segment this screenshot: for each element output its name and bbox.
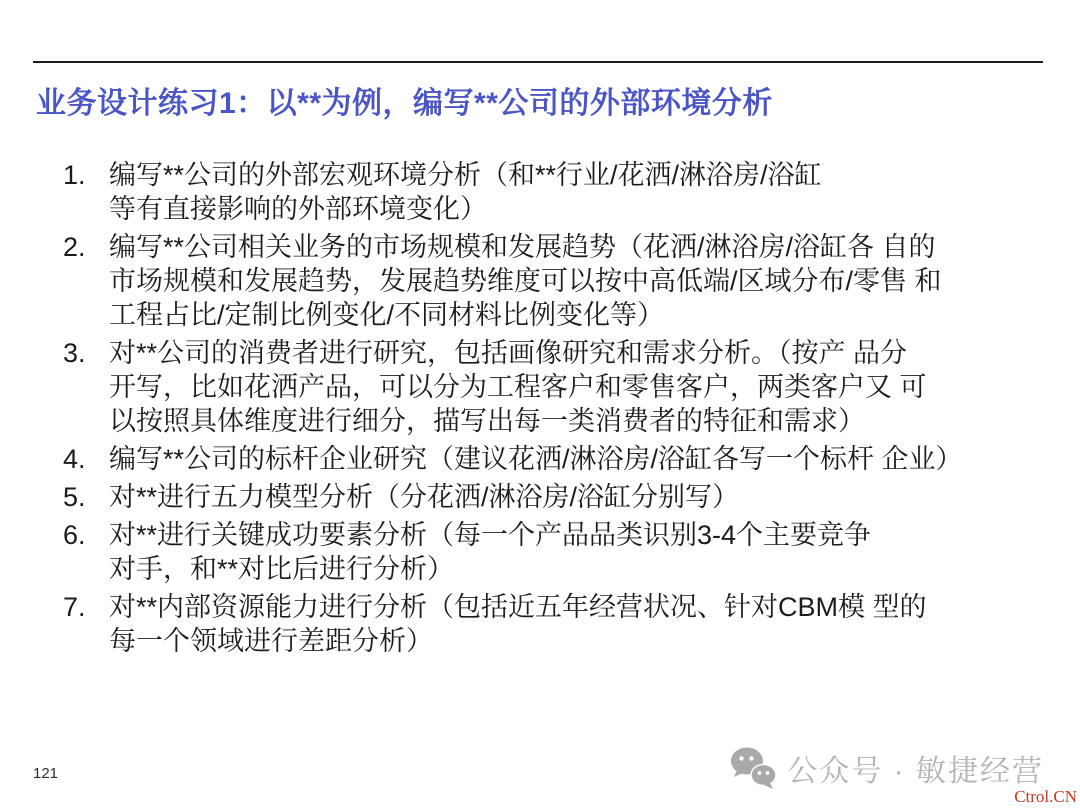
list-item-line: 对**内部资源能力进行分析（包括近五年经营状况、针对CBM模 型的 bbox=[109, 590, 993, 624]
list-item: 3.对**公司的消费者进行研究，包括画像研究和需求分析。（按产 品分开写，比如花… bbox=[63, 336, 993, 438]
page-number: 121 bbox=[33, 765, 58, 782]
watermark-text: Ctrol.CN bbox=[1014, 787, 1077, 807]
list-item-number: 1. bbox=[63, 158, 109, 226]
list-item-number: 3. bbox=[63, 336, 109, 438]
list-item-number: 6. bbox=[63, 518, 109, 586]
list-item-line: 等有直接影响的外部环境变化） bbox=[109, 192, 993, 226]
title-divider-rule bbox=[33, 61, 1043, 63]
list-item-line: 对手，和**对比后进行分析） bbox=[109, 552, 993, 586]
list-item: 4.编写**公司的标杆企业研究（建议花洒/淋浴房/浴缸各写一个标杆 企业） bbox=[63, 442, 993, 476]
list-item-line: 市场规模和发展趋势，发展趋势维度可以按中高低端/区域分布/零售 和 bbox=[109, 264, 993, 298]
list-item-line: 工程占比/定制比例变化/不同材料比例变化等） bbox=[109, 298, 993, 332]
list-item-number: 7. bbox=[63, 590, 109, 658]
list-item: 6.对**进行关键成功要素分析（每一个产品品类识别3-4个主要竞争对手，和**对… bbox=[63, 518, 993, 586]
slide: 业务设计练习1：以**为例，编写**公司的外部环境分析 1.编写**公司的外部宏… bbox=[0, 0, 1080, 810]
list-item-line: 以按照具体维度进行细分，描写出每一类消费者的特征和需求） bbox=[109, 404, 993, 438]
list-item-text: 编写**公司的外部宏观环境分析（和**行业/花洒/淋浴房/浴缸等有直接影响的外部… bbox=[109, 158, 993, 226]
list-item-text: 对**进行五力模型分析（分花洒/淋浴房/浴缸分别写） bbox=[109, 480, 993, 514]
list-item-line: 开写，比如花洒产品，可以分为工程客户和零售客户，两类客户又 可 bbox=[109, 370, 993, 404]
list-item-number: 5. bbox=[63, 480, 109, 514]
list-item-number: 2. bbox=[63, 230, 109, 332]
list-item-line: 编写**公司的标杆企业研究（建议花洒/淋浴房/浴缸各写一个标杆 企业） bbox=[109, 442, 993, 476]
list-item: 2.编写**公司相关业务的市场规模和发展趋势（花洒/淋浴房/浴缸各 自的市场规模… bbox=[63, 230, 993, 332]
list-item-line: 每一个领域进行差距分析） bbox=[109, 624, 993, 658]
list-item-line: 对**公司的消费者进行研究，包括画像研究和需求分析。（按产 品分 bbox=[109, 336, 993, 370]
page-title: 业务设计练习1：以**为例，编写**公司的外部环境分析 bbox=[36, 78, 1036, 122]
list-item: 7.对**内部资源能力进行分析（包括近五年经营状况、针对CBM模 型的每一个领域… bbox=[63, 590, 993, 658]
list-item-number: 4. bbox=[63, 442, 109, 476]
list-item: 1.编写**公司的外部宏观环境分析（和**行业/花洒/淋浴房/浴缸等有直接影响的… bbox=[63, 158, 993, 226]
wechat-account-label: 公众号 · 敏捷经营 bbox=[787, 746, 1044, 790]
list-item-text: 编写**公司相关业务的市场规模和发展趋势（花洒/淋浴房/浴缸各 自的市场规模和发… bbox=[109, 230, 993, 332]
list-item: 5.对**进行五力模型分析（分花洒/淋浴房/浴缸分别写） bbox=[63, 480, 993, 514]
exercise-list: 1.编写**公司的外部宏观环境分析（和**行业/花洒/淋浴房/浴缸等有直接影响的… bbox=[63, 158, 993, 662]
list-item-line: 编写**公司相关业务的市场规模和发展趋势（花洒/淋浴房/浴缸各 自的 bbox=[109, 230, 993, 264]
list-item-text: 对**公司的消费者进行研究，包括画像研究和需求分析。（按产 品分开写，比如花洒产… bbox=[109, 336, 993, 438]
list-item-line: 编写**公司的外部宏观环境分析（和**行业/花洒/淋浴房/浴缸 bbox=[109, 158, 993, 192]
list-item-text: 编写**公司的标杆企业研究（建议花洒/淋浴房/浴缸各写一个标杆 企业） bbox=[109, 442, 993, 476]
wechat-branding: 公众号 · 敏捷经营 bbox=[729, 746, 1044, 790]
list-item-line: 对**进行五力模型分析（分花洒/淋浴房/浴缸分别写） bbox=[109, 480, 993, 514]
list-item-line: 对**进行关键成功要素分析（每一个产品品类识别3-4个主要竞争 bbox=[109, 518, 993, 552]
wechat-icon bbox=[729, 746, 777, 790]
list-item-text: 对**进行关键成功要素分析（每一个产品品类识别3-4个主要竞争对手，和**对比后… bbox=[109, 518, 993, 586]
list-item-text: 对**内部资源能力进行分析（包括近五年经营状况、针对CBM模 型的每一个领域进行… bbox=[109, 590, 993, 658]
